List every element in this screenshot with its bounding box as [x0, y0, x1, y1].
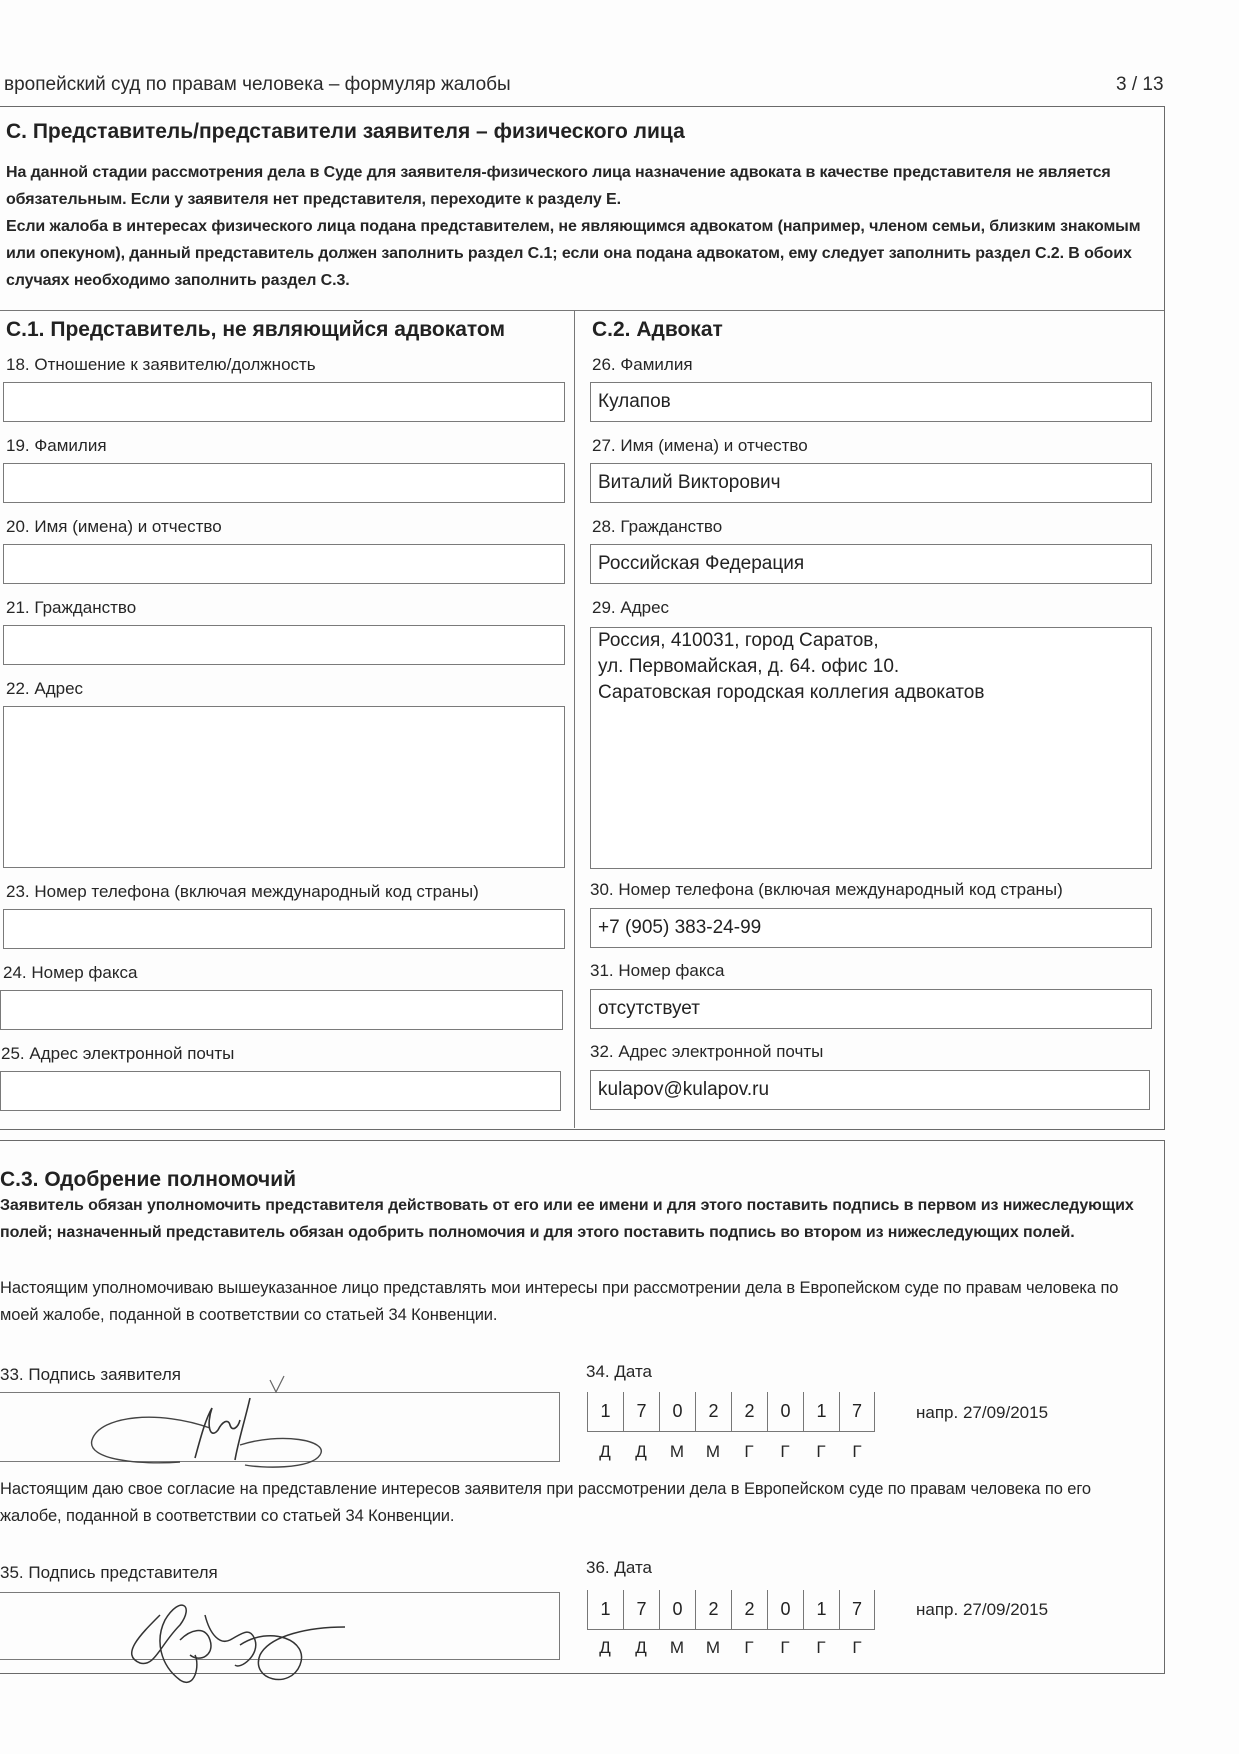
field-35-label: 35. Подпись представителя	[0, 1563, 218, 1583]
section-c-title: C. Представитель/представители заявителя…	[6, 120, 685, 144]
c2-title: C.2. Адвокат	[592, 318, 723, 342]
date-hint: Д	[623, 1638, 659, 1658]
field-21-label: 21. Гражданство	[6, 598, 136, 618]
field-28-label: 28. Гражданство	[592, 517, 722, 537]
date-hint: Г	[803, 1638, 839, 1658]
date-digit[interactable]: 7	[839, 1590, 875, 1630]
date-hint: М	[695, 1442, 731, 1462]
field-22-address-input[interactable]	[3, 706, 565, 868]
field-22-label: 22. Адрес	[6, 679, 83, 699]
field-19-surname-input[interactable]	[3, 463, 565, 503]
field-21-citizenship-input[interactable]	[3, 625, 565, 665]
date-digit[interactable]: 0	[659, 1590, 695, 1630]
field-19-label: 19. Фамилия	[6, 436, 107, 456]
divider	[0, 310, 1164, 311]
field-31-fax-input[interactable]: отсутствует	[590, 989, 1152, 1029]
representative-signature-icon	[110, 1585, 350, 1695]
date-hint: Д	[587, 1638, 623, 1658]
date-example: напр. 27/09/2015	[916, 1600, 1048, 1620]
field-18-relationship-input[interactable]	[3, 382, 565, 422]
section-c-intro-2: Если жалоба в интересах физического лица…	[6, 213, 1156, 294]
field-29-address-input[interactable]: Россия, 410031, город Саратов, ул. Перво…	[590, 627, 1152, 869]
applicant-signature-icon	[80, 1370, 340, 1480]
date-hint: Г	[839, 1638, 875, 1658]
date-format-hints: Д Д М М Г Г Г Г	[587, 1638, 875, 1658]
date-digit[interactable]: 0	[767, 1590, 803, 1630]
field-27-label: 27. Имя (имена) и отчество	[592, 436, 808, 456]
section-c-intro-1: На данной стадии рассмотрения дела в Суд…	[6, 159, 1156, 213]
field-23-label: 23. Номер телефона (включая международны…	[6, 882, 479, 902]
date-hint: Д	[623, 1442, 659, 1462]
c3-applicant-statement: Настоящим уполномочиваю вышеуказанное ли…	[0, 1275, 1150, 1329]
field-27-name-input[interactable]: Виталий Викторович	[590, 463, 1152, 503]
c3-representative-statement: Настоящим даю свое согласие на представл…	[0, 1476, 1150, 1530]
date-digit[interactable]: 1	[587, 1590, 623, 1630]
field-28-citizenship-input[interactable]: Российская Федерация	[590, 544, 1152, 584]
representative-date-input[interactable]: 1 7 0 2 2 0 1 7	[587, 1590, 875, 1630]
field-20-label: 20. Имя (имена) и отчество	[6, 517, 222, 537]
date-digit[interactable]: 2	[731, 1590, 767, 1630]
address-line-2: ул. Первомайская, д. 64. офис 10.	[598, 654, 1151, 680]
address-line-1: Россия, 410031, город Саратов,	[598, 628, 1151, 654]
date-digit[interactable]: 1	[587, 1392, 623, 1432]
c1-title: C.1. Представитель, не являющийся адвока…	[6, 318, 505, 342]
date-hint: Г	[731, 1442, 767, 1462]
applicant-date-input[interactable]: 1 7 0 2 2 0 1 7	[587, 1392, 875, 1432]
field-32-email-input[interactable]: kulapov@kulapov.ru	[590, 1070, 1150, 1110]
date-digit[interactable]: 2	[695, 1590, 731, 1630]
date-hint: М	[659, 1442, 695, 1462]
field-36-label: 36. Дата	[586, 1558, 652, 1578]
date-digit[interactable]: 7	[623, 1590, 659, 1630]
field-30-label: 30. Номер телефона (включая международны…	[590, 880, 1063, 900]
date-digit[interactable]: 7	[839, 1392, 875, 1432]
field-24-fax-input[interactable]	[0, 990, 563, 1030]
date-hint: Г	[839, 1442, 875, 1462]
document-header-title: вропейский суд по правам человека – форм…	[4, 74, 511, 96]
field-25-email-input[interactable]	[0, 1071, 561, 1111]
date-hint: Г	[767, 1638, 803, 1658]
date-digit[interactable]: 2	[731, 1392, 767, 1432]
field-23-phone-input[interactable]	[3, 909, 565, 949]
c3-title: C.3. Одобрение полномочий	[0, 1168, 296, 1192]
date-digit[interactable]: 7	[623, 1392, 659, 1432]
date-hint: М	[659, 1638, 695, 1658]
date-digit[interactable]: 0	[659, 1392, 695, 1432]
field-26-label: 26. Фамилия	[592, 355, 693, 375]
field-26-surname-input[interactable]: Кулапов	[590, 382, 1152, 422]
date-digit[interactable]: 1	[803, 1392, 839, 1432]
date-hint: Г	[767, 1442, 803, 1462]
date-digit[interactable]: 0	[767, 1392, 803, 1432]
date-digit[interactable]: 2	[695, 1392, 731, 1432]
field-20-name-input[interactable]	[3, 544, 565, 584]
date-hint: Г	[731, 1638, 767, 1658]
page-number: 3 / 13	[1116, 74, 1164, 96]
date-digit[interactable]: 1	[803, 1590, 839, 1630]
date-hint: Г	[803, 1442, 839, 1462]
field-34-label: 34. Дата	[586, 1362, 652, 1382]
column-divider	[574, 310, 575, 1128]
field-29-label: 29. Адрес	[592, 598, 669, 618]
date-format-hints: Д Д М М Г Г Г Г	[587, 1442, 875, 1462]
date-hint: Д	[587, 1442, 623, 1462]
field-32-label: 32. Адрес электронной почты	[590, 1042, 823, 1062]
address-line-3: Саратовская городская коллегия адвокатов	[598, 680, 1151, 706]
field-31-label: 31. Номер факса	[590, 961, 724, 981]
c3-intro: Заявитель обязан уполномочить представит…	[0, 1192, 1150, 1246]
field-24-label: 24. Номер факса	[3, 963, 137, 983]
field-25-label: 25. Адрес электронной почты	[1, 1044, 234, 1064]
date-hint: М	[695, 1638, 731, 1658]
field-18-label: 18. Отношение к заявителю/должность	[6, 355, 316, 375]
field-30-phone-input[interactable]: +7 (905) 383-24-99	[590, 908, 1152, 948]
date-example: напр. 27/09/2015	[916, 1403, 1048, 1423]
